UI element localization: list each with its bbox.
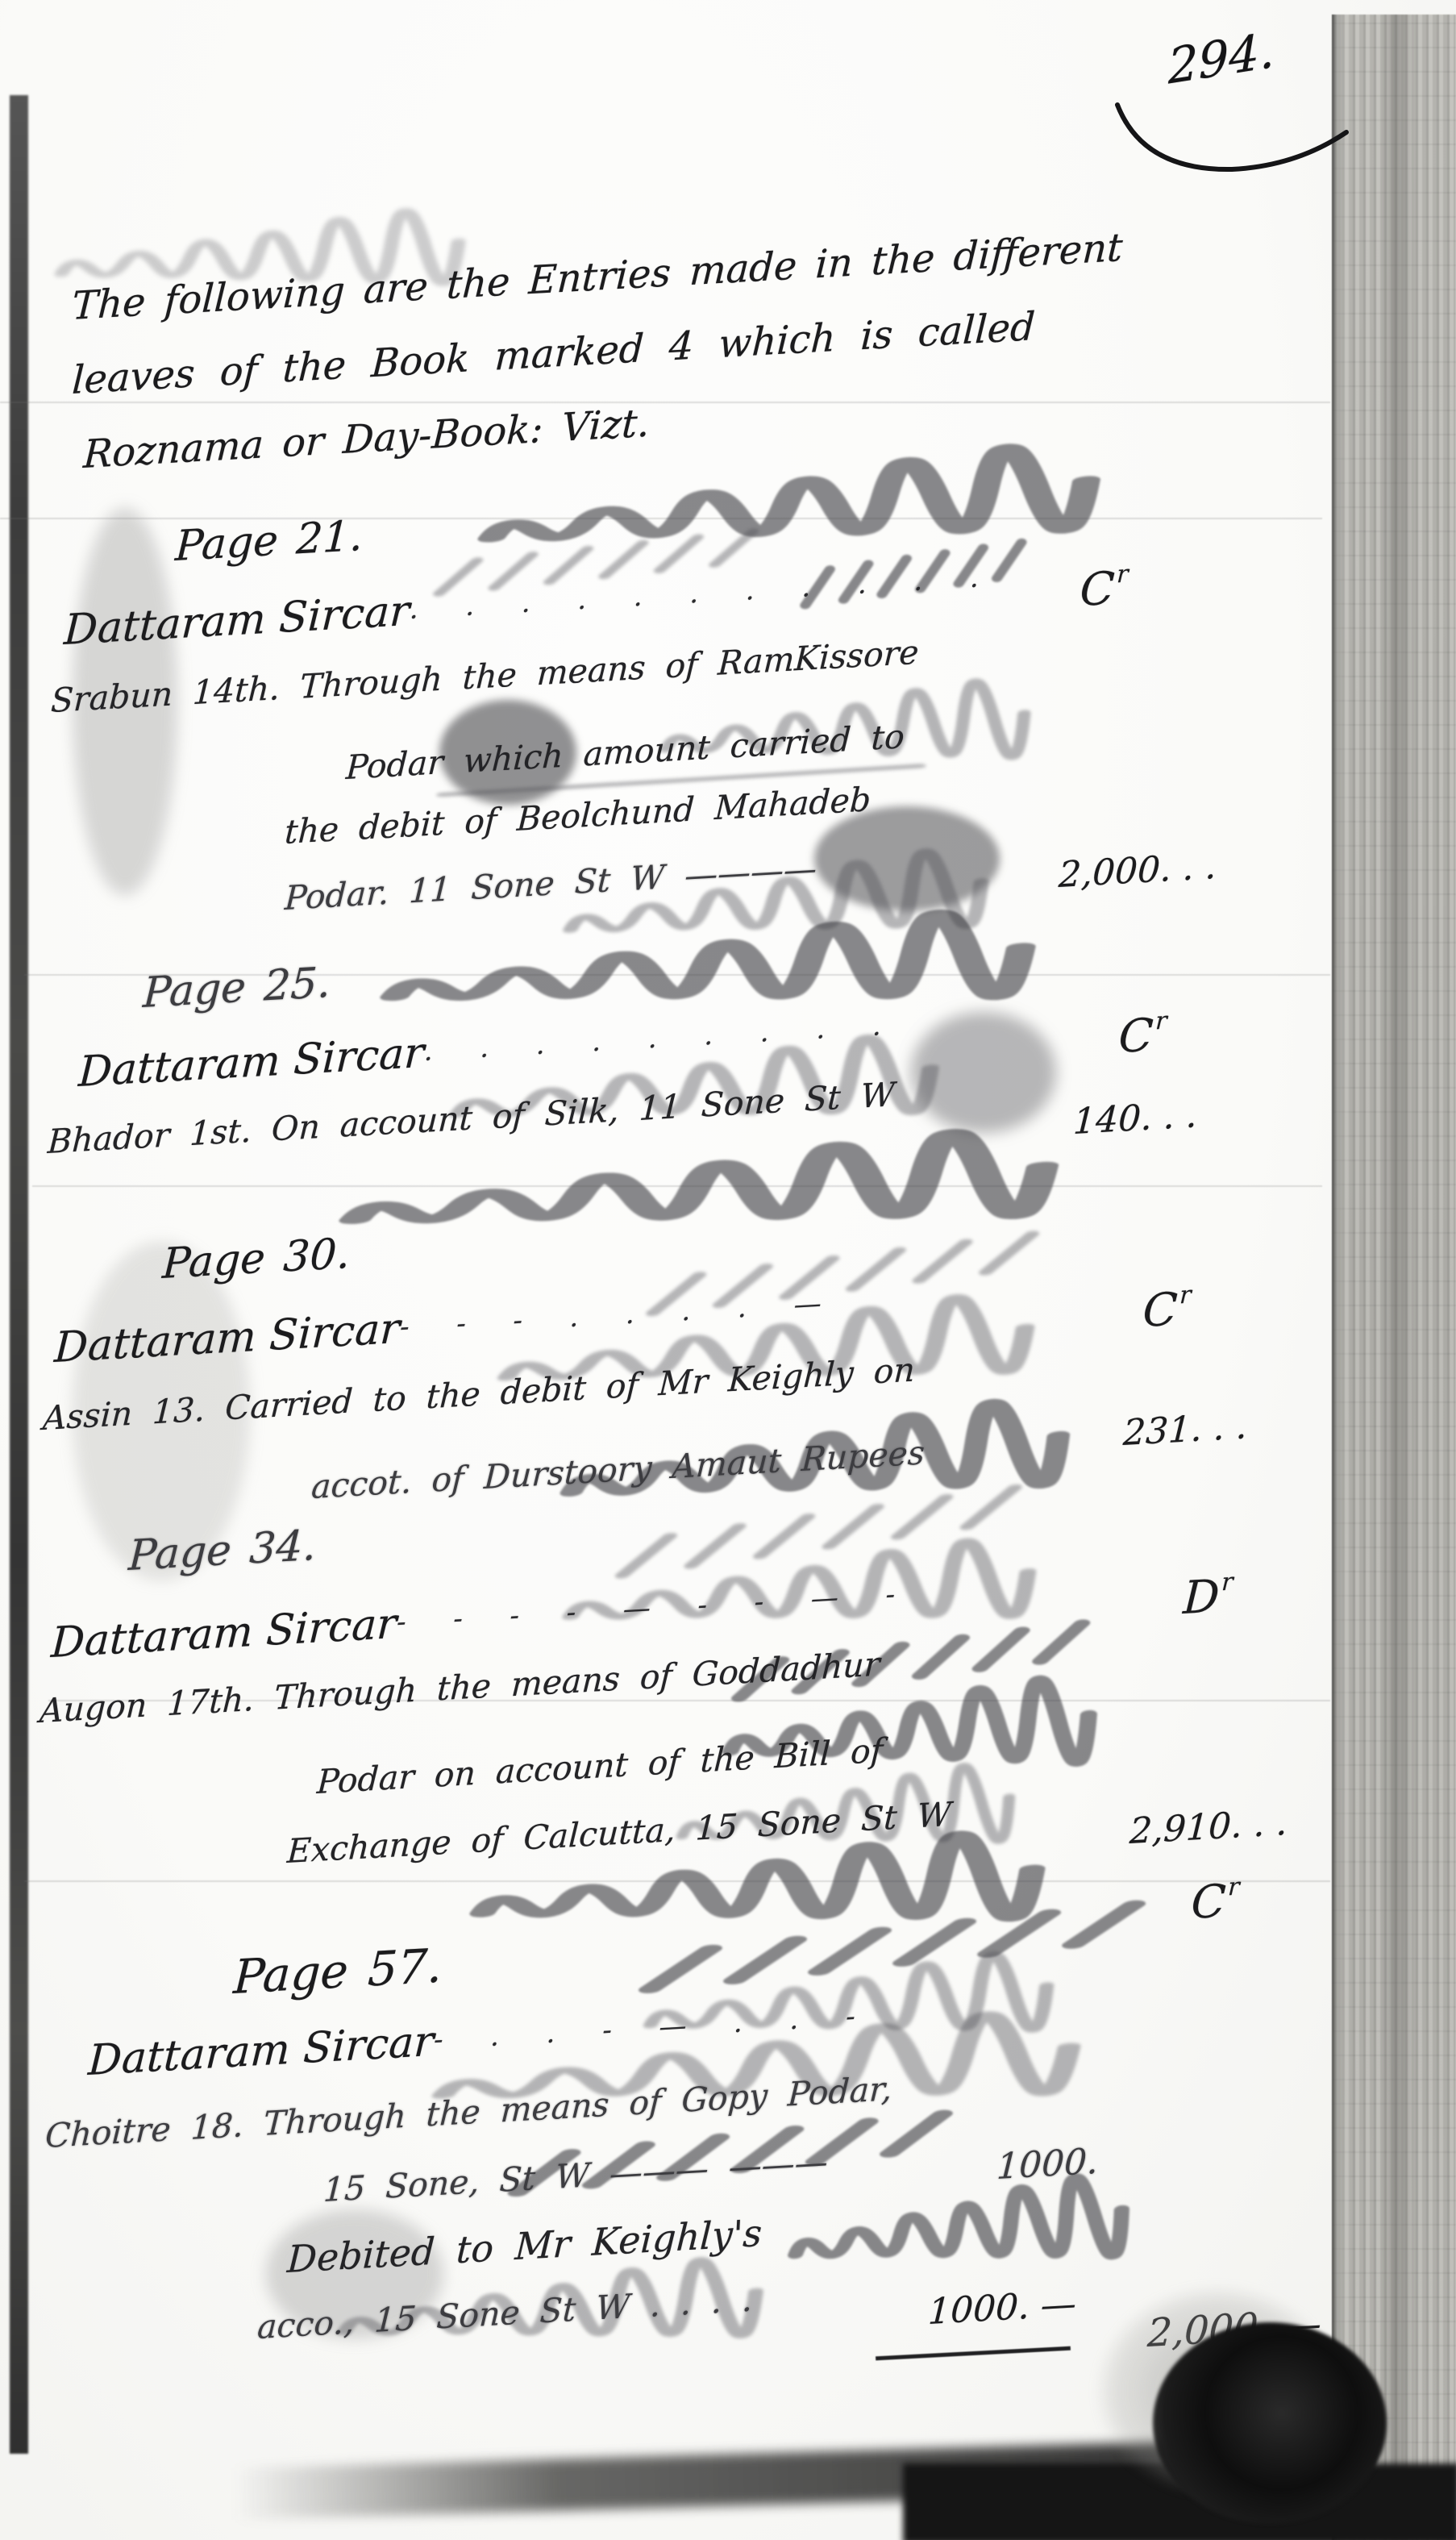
account-name: Dattaram Sircar: [77, 1029, 426, 1097]
book-binding-edge: [1332, 15, 1456, 2540]
book-clamp-blob: [1153, 2322, 1387, 2524]
entry-line: Podar on account of the Bill of: [316, 1731, 884, 1801]
debit-letter: D: [1182, 1570, 1221, 1625]
entry-page-heading: Page 21.: [174, 512, 364, 571]
entry-page-heading: Page 25.: [142, 959, 332, 1018]
debit-superscript: r: [1221, 1568, 1233, 1597]
credit-superscript: r: [1227, 1872, 1240, 1901]
entry-amount: 1000.: [996, 2141, 1099, 2188]
credit-mark: Cr: [1142, 1280, 1192, 1338]
credit-letter: C: [1190, 1875, 1227, 1930]
bleed-through-mark: [620, 1901, 1153, 1994]
bleed-through-mark: [789, 2190, 1138, 2267]
credit-superscript: r: [1179, 1280, 1192, 1310]
credit-letter: C: [1117, 1009, 1154, 1064]
credit-mark: Cr: [1117, 1006, 1167, 1064]
debit-mark: Dr: [1182, 1568, 1233, 1625]
entry-page-heading: Page 30.: [161, 1230, 352, 1289]
credit-letter: C: [1142, 1283, 1179, 1338]
scan-line-artifact: [0, 402, 1330, 403]
manuscript-page-scan: 294. The following are the Entries made …: [0, 0, 1456, 2540]
credit-letter: C: [1079, 562, 1116, 617]
bleed-through-mark: [475, 1849, 1056, 1926]
total-underline: [876, 2346, 1071, 2361]
entry-amount: 231. . .: [1122, 1405, 1248, 1454]
entry-amount: 1000. —: [927, 2284, 1077, 2333]
account-name: Dattaram Sircar: [87, 2017, 435, 2085]
preamble-line: Roznama or Day-Book: Vizt.: [82, 400, 651, 477]
bleed-through-mark: [386, 926, 1048, 1010]
entry-amount: 2,910. . .: [1129, 1802, 1288, 1852]
entry-page-heading: Page 34.: [127, 1522, 318, 1580]
entry-amount: 140. . .: [1072, 1094, 1198, 1143]
credit-superscript: r: [1116, 560, 1129, 589]
page-edge-strip-left: [10, 95, 28, 2454]
bleed-through-mark: [483, 460, 1113, 552]
entry-page-heading: Page 57.: [232, 1938, 443, 2005]
leader-dots: - - - - — - - — -: [396, 1577, 915, 1639]
credit-mark: Cr: [1190, 1872, 1240, 1930]
bleed-through-mark: [346, 1146, 1072, 1234]
flourish-stroke: [1111, 74, 1361, 187]
account-name: Dattaram Sircar: [50, 1600, 398, 1668]
credit-superscript: r: [1154, 1006, 1167, 1035]
entry-amount: 2,000. . .: [1058, 846, 1217, 896]
credit-mark: Cr: [1079, 560, 1129, 617]
